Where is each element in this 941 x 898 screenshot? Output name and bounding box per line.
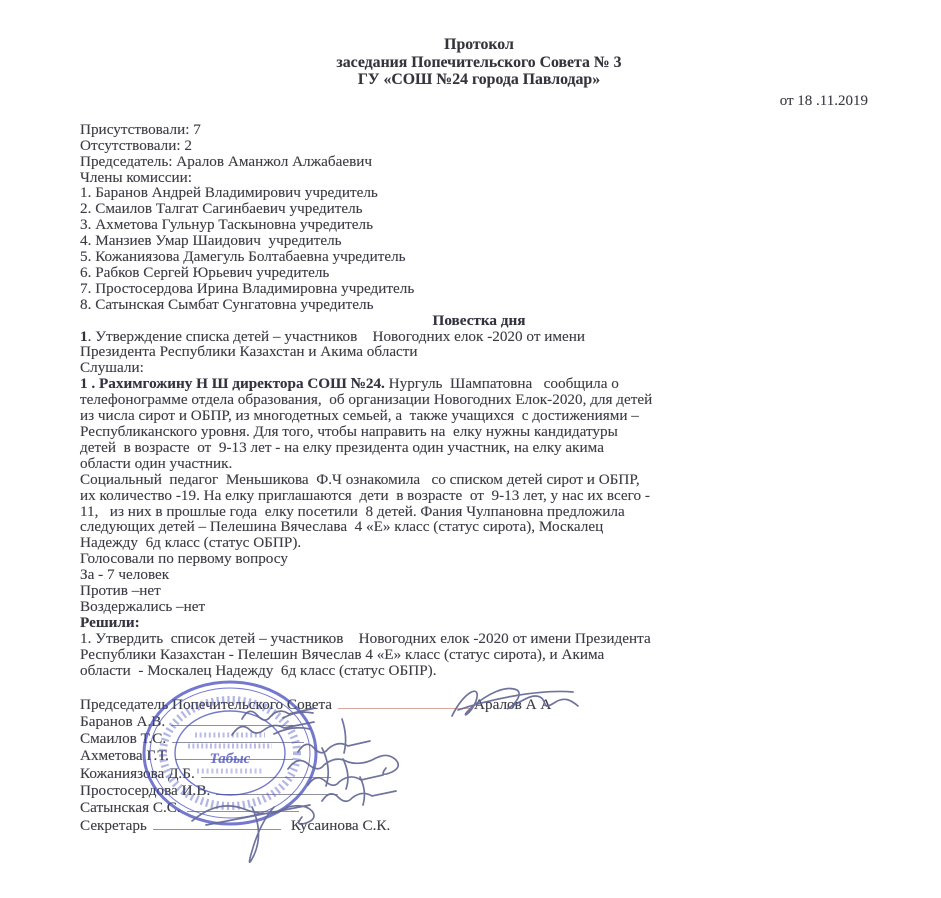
signature-member-name: Баранов А.В. bbox=[80, 713, 165, 730]
signature-secretary-name: Кусаинова С.К. bbox=[291, 817, 390, 834]
member-item: 6. Рабков Сергей Юрьевич учредитель bbox=[80, 265, 878, 281]
signature-chairman-name: Аралов А А bbox=[474, 696, 551, 713]
pedagog-paragraph-line: следующих детей – Пелешина Вячеслава 4 «… bbox=[80, 519, 878, 535]
pedagog-paragraph-line: Социальный педагог Меньшикова Ф.Ч ознако… bbox=[80, 472, 878, 488]
pedagog-paragraph-line: 11, из них в прошлые года елку посетили … bbox=[80, 504, 878, 520]
signature-member-name: Кожаниязова Д.Б. bbox=[80, 765, 195, 782]
voting-line: Голосовали по первому вопросу bbox=[80, 551, 878, 567]
signature-row-member: Кожаниязова Д.Б. bbox=[80, 765, 878, 782]
signature-line bbox=[153, 817, 281, 830]
signature-member-name: Смаилов Т.С. bbox=[80, 730, 166, 747]
document-title-line-1: Протокол bbox=[80, 36, 878, 54]
agenda-heading: Повестка дня bbox=[80, 313, 878, 329]
signature-line bbox=[172, 730, 304, 743]
scanned-protocol-document: Протокол заседания Попечительского Совет… bbox=[0, 0, 941, 898]
speaker-paragraph-line: телефонограмме отдела образования, об ор… bbox=[80, 392, 878, 408]
signature-secretary-label: Секретарь bbox=[80, 817, 147, 834]
pedagog-paragraph-line: их количество -19. На елку приглашаются … bbox=[80, 488, 878, 504]
signature-block: Председатель Попечительского СоветаАрало… bbox=[80, 696, 878, 834]
signature-member-name: Сатынская С.С. bbox=[80, 799, 181, 816]
speaker-text: Нургуль Шампатовна сообщила о bbox=[385, 375, 619, 392]
speaker-paragraph-line: Республиканского уровня. Для того, чтобы… bbox=[80, 424, 878, 440]
signature-line bbox=[175, 747, 293, 760]
members-label: Члены комиссии: bbox=[80, 170, 878, 186]
signature-line bbox=[187, 799, 299, 812]
speaker-paragraph-line: области один участник. bbox=[80, 456, 878, 472]
chairman-line: Председатель: Аралов Аманжол Алжабаевич bbox=[80, 154, 878, 170]
hearing-label: Слушали: bbox=[80, 360, 878, 376]
document-title-line-2: заседания Попечительского Совета № 3 bbox=[80, 54, 878, 72]
member-item: 5. Кожаниязова Дамегуль Болтабаевна учре… bbox=[80, 249, 878, 265]
signature-row-member: Простосердова И.В. bbox=[80, 782, 878, 799]
signature-row-member: Баранов А.В. bbox=[80, 713, 878, 730]
agenda-item-number: 1 bbox=[80, 328, 88, 345]
decision-label: Решили: bbox=[80, 615, 878, 631]
signature-row-member: Смаилов Т.С. bbox=[80, 730, 878, 747]
agenda-item-line-2: Президента Республики Казахстан и Акима … bbox=[80, 344, 878, 360]
member-item: 7. Простосердова Ирина Владимировна учре… bbox=[80, 281, 878, 297]
signature-row-secretary: СекретарьКусаинова С.К. bbox=[80, 817, 878, 834]
signature-line bbox=[216, 782, 338, 795]
document-content: Протокол заседания Попечительского Совет… bbox=[80, 36, 878, 834]
document-title-line-3: ГУ «СОШ №24 города Павлодар» bbox=[80, 71, 878, 89]
signature-line bbox=[171, 713, 299, 726]
signature-line bbox=[201, 765, 331, 778]
signature-row-member: Сатынская С.С. bbox=[80, 799, 878, 816]
signature-row-chairman: Председатель Попечительского СоветаАрало… bbox=[80, 696, 878, 713]
signature-row-member: Ахметова Г.Т. bbox=[80, 747, 878, 764]
speaker-paragraph-line: 1 . Рахимгожину Н Ш директора СОШ №24. Н… bbox=[80, 376, 878, 392]
speaker-paragraph-line: детей в возрасте от 9-13 лет - на елку п… bbox=[80, 440, 878, 456]
document-body: Присутствовали: 7 Отсутствовали: 2 Предс… bbox=[80, 122, 878, 679]
signature-chairman-label: Председатель Попечительского Совета bbox=[80, 696, 332, 713]
signature-member-name: Ахметова Г.Т. bbox=[80, 747, 169, 764]
decision-line: области - Москалец Надежду 6д класс (ста… bbox=[80, 663, 878, 679]
member-item: 8. Сатынская Сымбат Сунгатовна учредител… bbox=[80, 297, 878, 313]
absent-count: Отсутствовали: 2 bbox=[80, 138, 878, 154]
member-item: 4. Манзиев Умар Шаидович учредитель bbox=[80, 233, 878, 249]
voting-line: Воздержались –нет bbox=[80, 599, 878, 615]
voting-line: Против –нет bbox=[80, 583, 878, 599]
speaker-paragraph-line: из числа сирот и ОБПР, из многодетных се… bbox=[80, 408, 878, 424]
present-count: Присутствовали: 7 bbox=[80, 122, 878, 138]
agenda-item-line-1: 1. Утверждение списка детей – участников… bbox=[80, 329, 878, 345]
document-date: от 18 .11.2019 bbox=[80, 93, 868, 109]
pedagog-paragraph-line: Надежду 6д класс (статус ОБПР). bbox=[80, 535, 878, 551]
speaker-name-bold: 1 . Рахимгожину Н Ш директора СОШ №24. bbox=[80, 375, 385, 392]
member-item: 1. Баранов Андрей Владимирович учредител… bbox=[80, 185, 878, 201]
agenda-item-text: . Утверждение списка детей – участников … bbox=[88, 328, 585, 345]
voting-line: За - 7 человек bbox=[80, 567, 878, 583]
member-item: 3. Ахметова Гульнур Таскыновна учредител… bbox=[80, 217, 878, 233]
member-item: 2. Смаилов Талгат Сагинбаевич учредитель bbox=[80, 201, 878, 217]
signature-line bbox=[338, 696, 470, 709]
decision-line: Республики Казахстан - Пелешин Вячеслав … bbox=[80, 647, 878, 663]
signature-member-name: Простосердова И.В. bbox=[80, 782, 210, 799]
decision-line: 1. Утвердить список детей – участников Н… bbox=[80, 631, 878, 647]
